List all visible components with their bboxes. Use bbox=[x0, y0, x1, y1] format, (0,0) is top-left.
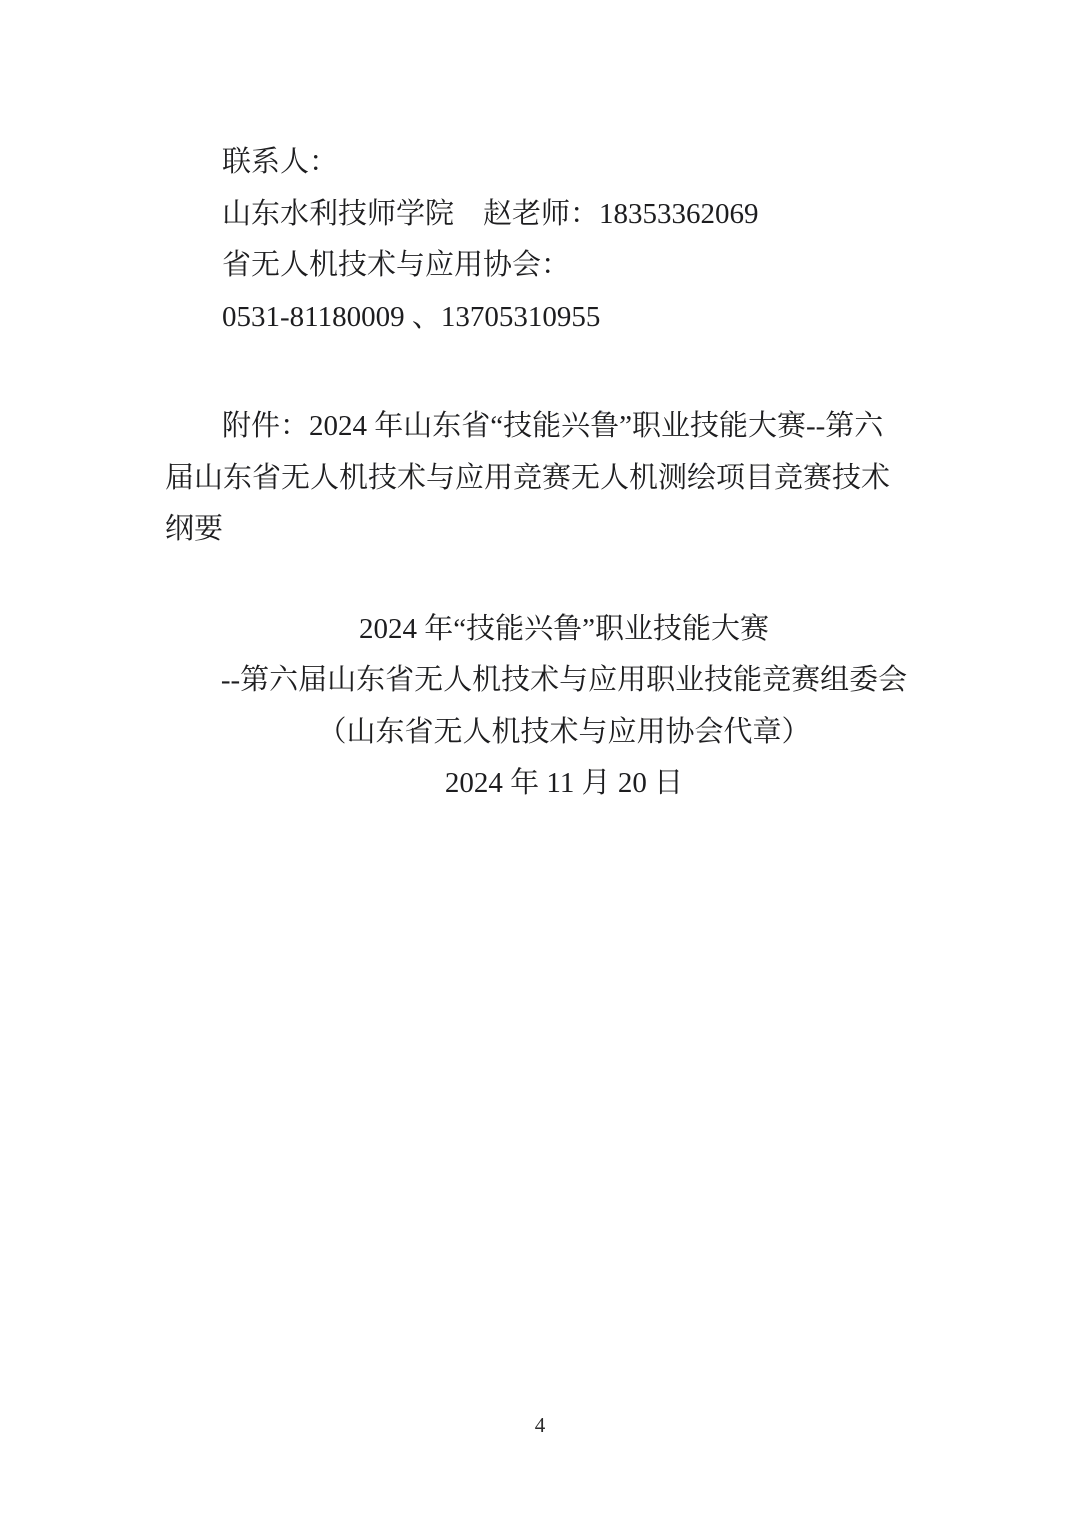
signature-seal-note: （山东省无人机技术与应用协会代章） bbox=[203, 707, 925, 759]
document-page: 联系人： 山东水利技师学院 赵老师：18353362069 省无人机技术与应用协… bbox=[0, 0, 1080, 1527]
attachment-block: 附件：2024 年山东省“技能兴鲁”职业技能大赛--第六 届山东省无人机技术与应… bbox=[165, 401, 925, 556]
document-body: 联系人： 山东水利技师学院 赵老师：18353362069 省无人机技术与应用协… bbox=[165, 137, 925, 810]
contact-school-line: 山东水利技师学院 赵老师：18353362069 bbox=[165, 189, 925, 241]
contact-block: 联系人： 山东水利技师学院 赵老师：18353362069 省无人机技术与应用协… bbox=[165, 137, 925, 343]
attachment-line-2: 届山东省无人机技术与应用竞赛无人机测绘项目竞赛技术 bbox=[165, 453, 925, 505]
signature-date: 2024 年 11 月 20 日 bbox=[203, 758, 925, 810]
contact-label: 联系人： bbox=[165, 137, 925, 189]
signature-block: 2024 年“技能兴鲁”职业技能大赛 --第六届山东省无人机技术与应用职业技能竞… bbox=[203, 604, 925, 810]
contact-association-line: 省无人机技术与应用协会： bbox=[165, 240, 925, 292]
page-number: 4 bbox=[0, 1412, 1080, 1438]
attachment-line-3: 纲要 bbox=[165, 504, 925, 556]
signature-committee-line: --第六届山东省无人机技术与应用职业技能竞赛组委会 bbox=[203, 655, 925, 707]
signature-competition-title: 2024 年“技能兴鲁”职业技能大赛 bbox=[203, 604, 925, 656]
blank-line bbox=[165, 343, 925, 401]
contact-phone-line: 0531-81180009 、13705310955 bbox=[165, 292, 925, 344]
attachment-line-1: 附件：2024 年山东省“技能兴鲁”职业技能大赛--第六 bbox=[165, 401, 925, 453]
blank-line bbox=[165, 556, 925, 604]
